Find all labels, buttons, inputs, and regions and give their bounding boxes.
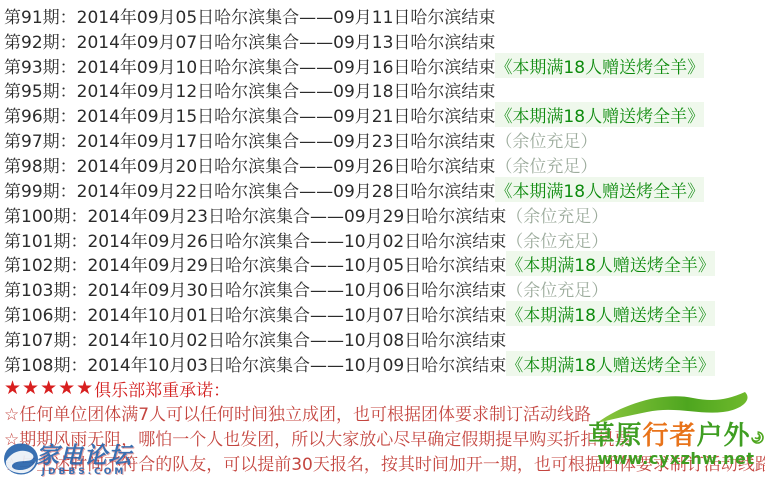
seats-note: （余位充足）: [495, 152, 597, 177]
schedule-row: 第91期：2014年09月05日哈尔滨集合——09月11日哈尔滨结束: [0, 3, 765, 28]
pledge-line-1: ☆任何单位团体满7人可以任何时间独立成团，也可根据团体要求制订活动线路: [0, 401, 765, 426]
schedule-row: 第95期：2014年09月12日哈尔滨集合——09月18日哈尔滨结束: [0, 78, 765, 103]
schedule-text: 第99期：2014年09月22日哈尔滨集合——09月28日哈尔滨结束: [4, 177, 495, 202]
schedule-text: 第97期：2014年09月17日哈尔滨集合——09月23日哈尔滨结束: [4, 127, 495, 152]
promise-line: ★★★★★ 俱乐部郑重承诺：: [0, 376, 765, 401]
schedule-row: 第96期：2014年09月15日哈尔滨集合——09月21日哈尔滨结束《本期满18…: [0, 102, 765, 127]
schedule-row: 第108期：2014年10月03日哈尔滨集合——10月09日哈尔滨结束《本期满1…: [0, 351, 765, 376]
promo-text: 《本期满18人赠送烤全羊》: [506, 251, 715, 276]
schedule-text: 第106期：2014年10月01日哈尔滨集合——10月07日哈尔滨结束: [4, 301, 506, 326]
schedule-row: 第102期：2014年09月29日哈尔滨集合——10月05日哈尔滨结束《本期满1…: [0, 251, 765, 276]
schedule-text: 第95期：2014年09月12日哈尔滨集合——09月18日哈尔滨结束: [4, 77, 495, 102]
schedule-text: 第101期：2014年09月26日哈尔滨集合——10月02日哈尔滨结束: [4, 227, 506, 252]
promo-text: 《本期满18人赠送烤全羊》: [495, 53, 704, 78]
seats-note: （余位充足）: [506, 276, 608, 301]
schedule-row: 第106期：2014年10月01日哈尔滨集合——10月07日哈尔滨结束《本期满1…: [0, 301, 765, 326]
schedule-text: 第91期：2014年09月05日哈尔滨集合——09月11日哈尔滨结束: [4, 3, 495, 28]
schedule-list: 第91期：2014年09月05日哈尔滨集合——09月11日哈尔滨结束第92期：2…: [0, 3, 765, 376]
pledge-line-3: ☆与上述时间不符合的队友，可以提前30天报名，按其时间加开一期，也可根据团体要求…: [0, 450, 765, 475]
schedule-text: 第93期：2014年09月10日哈尔滨集合——09月16日哈尔滨结束: [4, 53, 495, 78]
schedule-row: 第92期：2014年09月07日哈尔滨集合——09月13日哈尔滨结束: [0, 28, 765, 53]
post-content: 第91期：2014年09月05日哈尔滨集合——09月11日哈尔滨结束第92期：2…: [0, 0, 765, 475]
schedule-text: 第108期：2014年10月03日哈尔滨集合——10月09日哈尔滨结束: [4, 351, 506, 376]
promo-text: 《本期满18人赠送烤全羊》: [506, 351, 715, 376]
promo-text: 《本期满18人赠送烤全羊》: [495, 177, 704, 202]
promo-text: 《本期满18人赠送烤全羊》: [506, 301, 715, 326]
five-stars-icon: ★★★★★: [4, 379, 94, 398]
promo-text: 《本期满18人赠送烤全羊》: [495, 102, 704, 127]
seats-note: （余位充足）: [506, 227, 608, 252]
seats-note: （余位充足）: [495, 127, 597, 152]
schedule-row: 第100期：2014年09月23日哈尔滨集合——09月29日哈尔滨结束（余位充足…: [0, 202, 765, 227]
schedule-text: 第100期：2014年09月23日哈尔滨集合——09月29日哈尔滨结束: [4, 202, 506, 227]
schedule-text: 第103期：2014年09月30日哈尔滨集合——10月06日哈尔滨结束: [4, 276, 506, 301]
seats-note: （余位充足）: [506, 202, 608, 227]
pledge-line-2: ☆期期风雨无阻，哪怕一个人也发团，所以大家放心尽早确定假期提早购买折扣机票: [0, 425, 765, 450]
schedule-row: 第107期：2014年10月02日哈尔滨集合——10月08日哈尔滨结束: [0, 326, 765, 351]
schedule-row: 第103期：2014年09月30日哈尔滨集合——10月06日哈尔滨结束（余位充足…: [0, 276, 765, 301]
schedule-text: 第98期：2014年09月20日哈尔滨集合——09月26日哈尔滨结束: [4, 152, 495, 177]
schedule-row: 第93期：2014年09月10日哈尔滨集合——09月16日哈尔滨结束《本期满18…: [0, 53, 765, 78]
schedule-row: 第99期：2014年09月22日哈尔滨集合——09月28日哈尔滨结束《本期满18…: [0, 177, 765, 202]
schedule-row: 第97期：2014年09月17日哈尔滨集合——09月23日哈尔滨结束（余位充足）: [0, 127, 765, 152]
schedule-text: 第102期：2014年09月29日哈尔滨集合——10月05日哈尔滨结束: [4, 251, 506, 276]
schedule-text: 第92期：2014年09月07日哈尔滨集合——09月13日哈尔滨结束: [4, 28, 495, 53]
schedule-row: 第98期：2014年09月20日哈尔滨集合——09月26日哈尔滨结束（余位充足）: [0, 152, 765, 177]
schedule-row: 第101期：2014年09月26日哈尔滨集合——10月02日哈尔滨结束（余位充足…: [0, 227, 765, 252]
schedule-text: 第96期：2014年09月15日哈尔滨集合——09月21日哈尔滨结束: [4, 102, 495, 127]
promise-label: 俱乐部郑重承诺：: [94, 376, 230, 401]
schedule-text: 第107期：2014年10月02日哈尔滨集合——10月08日哈尔滨结束: [4, 326, 506, 351]
